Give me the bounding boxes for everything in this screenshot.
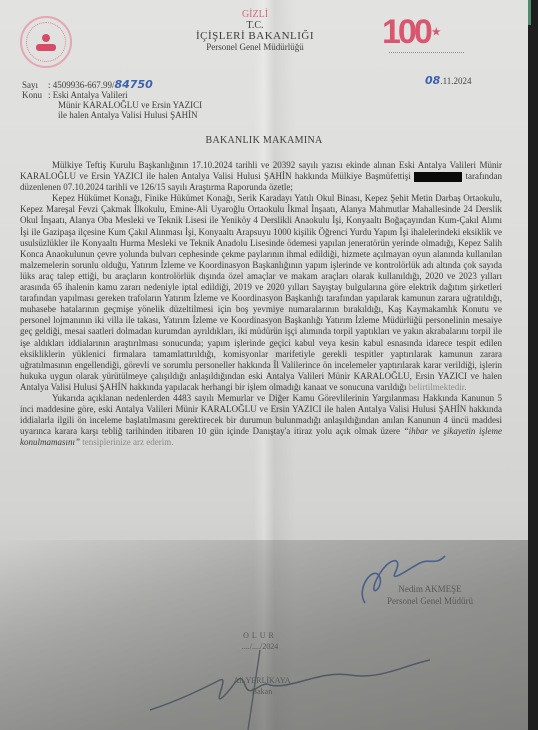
sayi-handwritten: 84750	[115, 80, 153, 90]
document-page: GİZLİ T.C. İÇİŞLERİ BAKANLIĞI Personel G…	[0, 0, 528, 730]
minister-name: Ali YERLİKAYA	[222, 675, 302, 686]
sayi-value: : 4509936-667.99/	[48, 80, 115, 90]
document-meta: Sayı : 4509936-667.99/ 84750 Konu : Eski…	[22, 80, 202, 120]
logo-subtitle-line	[389, 52, 464, 55]
sayi-label: Sayı	[22, 80, 48, 90]
background-edge	[528, 0, 531, 25]
redacted-name	[414, 172, 462, 182]
document-title: BAKANLIK MAKAMINA	[0, 135, 528, 146]
konu-line: Münir KARALOĞLU ve Ersin YAZICI	[22, 100, 202, 110]
date-day-handwritten: 08	[425, 74, 440, 87]
classification-label: GİZLİ	[185, 9, 325, 20]
paragraph-intro: Mülkiye Teftiş Kurulu Başkanlığının 17.1…	[20, 160, 502, 193]
department-name: Personel Genel Müdürlüğü	[185, 42, 325, 53]
minister-title: Bakan	[222, 686, 302, 697]
signatory-title: Personel Genel Müdürü	[380, 595, 480, 607]
document-date: 08.11.2024	[425, 74, 471, 87]
konu-row: Konu : Eski Antalya Valileri	[22, 90, 202, 100]
document-body: Mülkiye Teftiş Kurulu Başkanlığının 17.1…	[20, 160, 502, 448]
letterhead: GİZLİ T.C. İÇİŞLERİ BAKANLIĞI Personel G…	[185, 9, 325, 53]
konu-line: ile halen Antalya Valisi Hulusi ŞAHİN	[22, 110, 202, 120]
signatory-name: Nedim AKMEŞE	[380, 583, 480, 595]
paragraph-conclusion: Yukarıda açıklanan nedenlerden 4483 sayı…	[20, 393, 502, 448]
konu-line: : Eski Antalya Valileri	[48, 90, 128, 100]
sayi-row: Sayı : 4509936-667.99/ 84750	[22, 80, 202, 90]
konu-label: Konu	[22, 90, 48, 100]
ministry-name: İÇİŞLERİ BAKANLIĞI	[185, 31, 325, 42]
signatory-block: Nedim AKMEŞE Personel Genel Müdürü	[380, 583, 480, 607]
ministry-seal-icon	[20, 16, 72, 68]
date-rest: .11.2024	[440, 76, 471, 86]
paragraph-summary: Kepez Hükümet Konağı, Finike Hükümet Kon…	[20, 193, 502, 393]
minister-block: Ali YERLİKAYA Bakan	[222, 675, 302, 697]
